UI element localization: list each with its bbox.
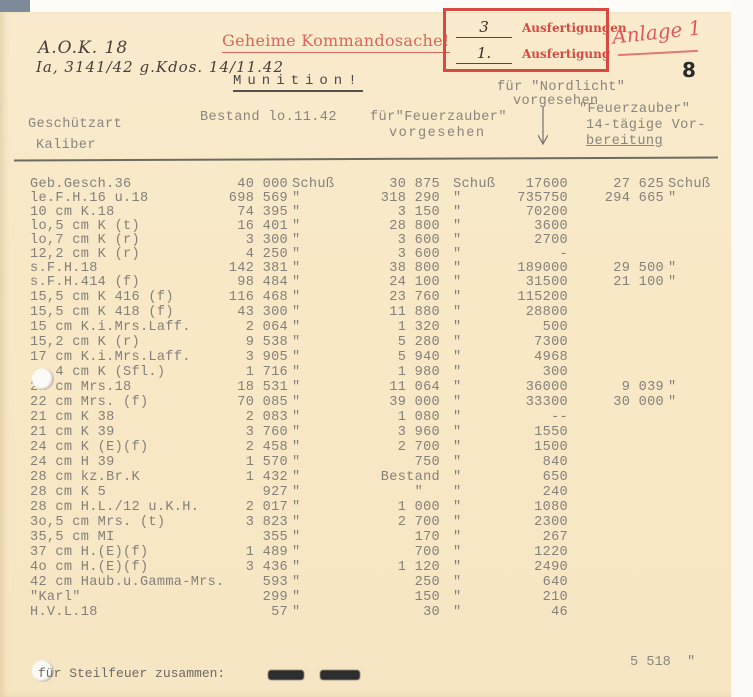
row-nordlicht: -- [480, 410, 568, 425]
row-geschuetzart: 15,5 cm K 416 (f) [30, 290, 174, 305]
row-unit: " [292, 335, 300, 350]
row-nordlicht: - [480, 247, 568, 262]
row-feuerzauber: 318 290 [350, 191, 440, 206]
table-row: 15,5 cm K 416 (f)116 468"23 760"115200 [0, 290, 731, 306]
row-geschuetzart: 35,5 cm MI [30, 530, 115, 545]
row-geschuetzart: s.F.H.18 [30, 261, 98, 276]
row-nordlicht: 240 [480, 485, 568, 500]
row-unit: " [453, 545, 461, 560]
row-unit: " [453, 365, 461, 380]
row-unit: " [292, 350, 300, 365]
row-feuerzauber: 24 100 [350, 275, 440, 290]
corner-tab [0, 0, 30, 12]
row-unit: " [453, 305, 461, 320]
row-geschuetzart: le.F.H.16 u.18 [30, 191, 148, 206]
row-bestand: 1 489 [198, 545, 288, 560]
row-feuerzauber: 1 000 [350, 500, 440, 515]
row-bestand: 3 760 [198, 425, 288, 440]
row-geschuetzart: 17 cm K.i.Mrs.Laff. [30, 350, 191, 365]
row-feuerzauber: 5 280 [350, 335, 440, 350]
row-feuerzauber: 150 [350, 590, 440, 605]
col-header-feuerzauber14-line1: "Feuerzauber" [579, 102, 690, 117]
row-feuerzauber14: 294 665 [590, 191, 664, 206]
row-nordlicht: 1220 [480, 545, 568, 560]
row-geschuetzart: 37 cm H.(E)(f) [30, 545, 148, 560]
row-unit: " [453, 605, 461, 620]
row-feuerzauber: 1 120 [350, 560, 440, 575]
row-feuerzauber14: 29 500 [590, 261, 664, 276]
row-unit: " [453, 275, 461, 290]
col-header-geschuetzart: Geschützart [28, 117, 122, 132]
row-feuerzauber: Bestand [350, 470, 440, 485]
row-feuerzauber: 30 [350, 605, 440, 620]
col-header-feuerzauber-line1: für"Feuerzauber" [370, 110, 507, 125]
row-feuerzauber: 2 700 [350, 515, 440, 530]
row-unit: " [292, 380, 300, 395]
row-unit: " [668, 261, 676, 276]
top-edge [30, 0, 753, 12]
copy-label: Ausfertigung [522, 47, 610, 61]
row-geschuetzart: "Karl" [30, 590, 81, 605]
row-nordlicht: 300 [480, 365, 568, 380]
row-feuerzauber: 170 [350, 530, 440, 545]
row-unit: " [453, 233, 461, 248]
table-row: 35,5 cm MI355"170"267 [0, 530, 731, 546]
classification-stamp: Geheime Kommandosache! [222, 31, 450, 53]
row-unit: " [292, 410, 300, 425]
table-row: 37 cm H.(E)(f)1 489"700"1220 [0, 545, 731, 561]
row-geschuetzart: lo,5 cm K (t) [30, 219, 140, 234]
row-unit: " [453, 247, 461, 262]
row-geschuetzart: 12,2 cm K (r) [30, 247, 140, 262]
row-feuerzauber: 38 800 [350, 261, 440, 276]
row-unit: " [292, 233, 300, 248]
copies-stamp-box: 3 Ausfertigungen 1. Ausfertigung [443, 8, 609, 72]
row-unit: " [668, 191, 676, 206]
row-unit: " [292, 530, 300, 545]
table-row: 28 cm H.L./12 u.K.H.2 017"1 000"1080 [0, 500, 731, 516]
row-nordlicht: 267 [480, 530, 568, 545]
row-geschuetzart: 21 cm K 38 [30, 410, 115, 425]
row-unit: " [292, 275, 300, 290]
row-unit: " [292, 440, 300, 455]
table-row: 24 cm H 391 570"750"840 [0, 455, 731, 471]
row-unit: " [292, 575, 300, 590]
row-feuerzauber: 3 960 [350, 425, 440, 440]
table-row: 28 cm kz.Br.K1 432"Bestand"650 [0, 470, 731, 486]
row-geschuetzart: lo,7 cm K (r) [30, 233, 140, 248]
row-unit: " [292, 605, 300, 620]
row-unit: " [453, 219, 461, 234]
row-unit: " [453, 410, 461, 425]
row-unit: " [453, 350, 461, 365]
row-nordlicht: 2300 [480, 515, 568, 530]
copies-row-this: 1. Ausfertigung [456, 44, 606, 66]
row-feuerzauber: " [350, 485, 440, 500]
table-row: 21 cm Mrs.1818 531"11 064"360009 039" [0, 380, 731, 396]
row-feuerzauber: 39 000 [350, 395, 440, 410]
col-header-feuerzauber14-line3: bereitung [586, 134, 663, 149]
col-header-nordlicht-line1: für "Nordlicht" [497, 80, 625, 95]
footer-total: 5 518 " [630, 655, 695, 670]
row-unit: " [453, 290, 461, 305]
row-feuerzauber: 11 064 [350, 380, 440, 395]
row-bestand: 57 [198, 605, 288, 620]
row-feuerzauber: 30 875 [350, 177, 440, 192]
row-geschuetzart: 28 cm kz.Br.K [30, 470, 140, 485]
row-unit: " [292, 515, 300, 530]
row-geschuetzart: 42 cm Haub.u.Gamma-Mrs. [30, 575, 225, 590]
row-nordlicht: 115200 [480, 290, 568, 305]
table-row: 28 cm K 5927"" "240 [0, 485, 731, 501]
row-bestand: 927 [198, 485, 288, 500]
row-bestand: 4 250 [198, 247, 288, 262]
row-unit: " [292, 455, 300, 470]
row-unit: " [453, 425, 461, 440]
row-geschuetzart: 28 cm K 5 [30, 485, 106, 500]
row-unit: " [453, 335, 461, 350]
right-edge [731, 0, 753, 697]
row-unit: " [453, 205, 461, 220]
row-bestand: 3 300 [198, 233, 288, 248]
row-bestand: 2 458 [198, 440, 288, 455]
col-header-bestand: Bestand lo.11.42 [200, 110, 337, 125]
row-bestand: 3 436 [198, 560, 288, 575]
table-row: 17 cm K.i.Mrs.Laff.3 905"5 940"4968 [0, 350, 731, 366]
row-bestand: 18 531 [198, 380, 288, 395]
row-unit: " [292, 290, 300, 305]
row-geschuetzart: 15,5 cm K 418 (f) [30, 305, 174, 320]
row-nordlicht: 17600 [480, 177, 568, 192]
table-row: 24 cm K (E)(f)2 458"2 700"1500 [0, 440, 731, 456]
row-unit: " [453, 191, 461, 206]
table-row: 21 cm K 393 760"3 960"1550 [0, 425, 731, 441]
row-feuerzauber: 3 600 [350, 233, 440, 248]
row-nordlicht: 1550 [480, 425, 568, 440]
row-feuerzauber: 5 940 [350, 350, 440, 365]
row-unit: " [668, 395, 676, 410]
row-unit: " [453, 560, 461, 575]
row-unit: " [668, 380, 676, 395]
row-unit: " [292, 247, 300, 262]
table-row: s.F.H.414 (f)98 484"24 100"3150021 100" [0, 275, 731, 291]
row-feuerzauber: 1 980 [350, 365, 440, 380]
table-row: H.V.L.1857"30"46 [0, 605, 731, 621]
row-bestand: 1 716 [198, 365, 288, 380]
row-nordlicht: 735750 [480, 191, 568, 206]
row-unit: " [453, 261, 461, 276]
row-feuerzauber: 700 [350, 545, 440, 560]
row-feuerzauber: 1 080 [350, 410, 440, 425]
table-row: 15,5 cm K 418 (f)43 300"11 880"28800 [0, 305, 731, 321]
row-bestand: 1 432 [198, 470, 288, 485]
row-unit: " [292, 425, 300, 440]
row-unit: " [453, 320, 461, 335]
col-header-kaliber: Kaliber [36, 138, 96, 153]
table-row: 42 cm Haub.u.Gamma-Mrs.593"250"640 [0, 575, 731, 591]
row-feuerzauber14: 30 000 [590, 395, 664, 410]
row-unit: " [453, 455, 461, 470]
row-bestand: 142 381 [198, 261, 288, 276]
arrow-down-icon [538, 107, 548, 145]
row-bestand: 2 064 [198, 320, 288, 335]
table-row: 3o,5 cm Mrs. (t)3 823"2 700"2300 [0, 515, 731, 531]
row-feuerzauber: 3 600 [350, 247, 440, 262]
table-row: 15,2 cm K (r)9 538"5 280"7300 [0, 335, 731, 351]
row-unit: " [453, 440, 461, 455]
row-geschuetzart: 24 cm H 39 [30, 455, 115, 470]
row-bestand: 3 823 [198, 515, 288, 530]
row-bestand: 2 083 [198, 410, 288, 425]
row-unit: " [292, 320, 300, 335]
punch-hole [32, 368, 54, 390]
row-geschuetzart: 15 cm K.i.Mrs.Laff. [30, 320, 191, 335]
row-unit: " [453, 530, 461, 545]
row-unit: Schuß [668, 177, 710, 192]
row-geschuetzart: 22 cm Mrs. (f) [30, 395, 148, 410]
row-bestand: 40 000 [198, 177, 288, 192]
col-header-feuerzauber-line2: vorgesehen [389, 126, 486, 141]
row-geschuetzart: H.V.L.18 [30, 605, 98, 620]
row-geschuetzart: 4o cm H.(E)(f) [30, 560, 148, 575]
row-geschuetzart: Geb.Gesch.36 [30, 177, 132, 192]
row-geschuetzart: 3o,5 cm Mrs. (t) [30, 515, 165, 530]
table-row: 21 cm K 382 083"1 080"-- [0, 410, 731, 426]
row-bestand: 355 [198, 530, 288, 545]
redaction-mark [320, 670, 360, 680]
row-nordlicht: 33300 [480, 395, 568, 410]
col-header-feuerzauber14-line2: 14-tägige Vor- [586, 118, 706, 133]
row-nordlicht: 2700 [480, 233, 568, 248]
row-bestand: 593 [198, 575, 288, 590]
row-unit: " [453, 590, 461, 605]
row-nordlicht: 31500 [480, 275, 568, 290]
row-unit: " [292, 560, 300, 575]
row-feuerzauber14: 27 625 [590, 177, 664, 192]
row-unit: " [453, 380, 461, 395]
row-unit: " [292, 191, 300, 206]
row-bestand: 2 017 [198, 500, 288, 515]
row-nordlicht: 4968 [480, 350, 568, 365]
copies-row-total: 3 Ausfertigungen [456, 18, 606, 40]
table-row: 22 cm Mrs. (f)70 085"39 000"3330030 000" [0, 395, 731, 411]
copies-total-number: 3 [456, 18, 512, 38]
row-feuerzauber: 28 800 [350, 219, 440, 234]
row-bestand: 116 468 [198, 290, 288, 305]
row-feuerzauber: 1 320 [350, 320, 440, 335]
row-nordlicht: 640 [480, 575, 568, 590]
row-geschuetzart: s.F.H.414 (f) [30, 275, 140, 290]
footer-label: für Steilfeuer zusammen: [38, 666, 225, 681]
row-feuerzauber: 3 150 [350, 205, 440, 220]
row-unit: " [453, 575, 461, 590]
row-bestand: 698 569 [198, 191, 288, 206]
row-bestand: 299 [198, 590, 288, 605]
page-number: 8 [682, 58, 696, 82]
row-geschuetzart: 15,2 cm K (r) [30, 335, 140, 350]
row-nordlicht: 7300 [480, 335, 568, 350]
row-feuerzauber: 11 880 [350, 305, 440, 320]
row-unit: " [292, 545, 300, 560]
row-bestand: 74 395 [198, 205, 288, 220]
row-unit: " [292, 470, 300, 485]
table-row: ,4 cm K (Sfl.)1 716"1 980"300 [0, 365, 731, 381]
footer-total-value: 5 518 [630, 655, 671, 670]
row-unit: " [292, 500, 300, 515]
row-unit: " [292, 219, 300, 234]
row-unit: " [292, 261, 300, 276]
row-unit: " [292, 485, 300, 500]
row-nordlicht: 3600 [480, 219, 568, 234]
redaction-mark [268, 670, 304, 680]
handwritten-unit: A.O.K. 18 [38, 38, 128, 58]
row-unit: " [453, 500, 461, 515]
copy-number: 1. [456, 44, 512, 64]
row-nordlicht: 1500 [480, 440, 568, 455]
row-bestand: 43 300 [198, 305, 288, 320]
footer-total-unit: " [687, 655, 695, 670]
row-geschuetzart: 10 cm K.18 [30, 205, 115, 220]
row-nordlicht: 70200 [480, 205, 568, 220]
row-bestand: 1 570 [198, 455, 288, 470]
row-feuerzauber: 750 [350, 455, 440, 470]
row-nordlicht: 500 [480, 320, 568, 335]
row-unit: " [453, 515, 461, 530]
row-unit: " [453, 470, 461, 485]
table-row: 4o cm H.(E)(f)3 436"1 120"2490 [0, 560, 731, 576]
row-nordlicht: 650 [480, 470, 568, 485]
table-row: 15 cm K.i.Mrs.Laff.2 064"1 320"500 [0, 320, 731, 336]
row-feuerzauber: 250 [350, 575, 440, 590]
row-unit: " [292, 305, 300, 320]
row-geschuetzart: 24 cm K (E)(f) [30, 440, 148, 455]
row-bestand: 70 085 [198, 395, 288, 410]
row-nordlicht: 210 [480, 590, 568, 605]
row-nordlicht: 2490 [480, 560, 568, 575]
row-feuerzauber: 23 760 [350, 290, 440, 305]
row-geschuetzart: 28 cm H.L./12 u.K.H. [30, 500, 199, 515]
row-feuerzauber: 2 700 [350, 440, 440, 455]
row-nordlicht: 28800 [480, 305, 568, 320]
row-feuerzauber14: 21 100 [590, 275, 664, 290]
row-bestand: 16 401 [198, 219, 288, 234]
row-unit: " [292, 395, 300, 410]
row-feuerzauber14: 9 039 [590, 380, 664, 395]
row-nordlicht: 189000 [480, 261, 568, 276]
row-nordlicht: 36000 [480, 380, 568, 395]
page-title: Munition! [233, 73, 363, 92]
row-unit: " [453, 485, 461, 500]
row-bestand: 98 484 [198, 275, 288, 290]
row-unit: " [453, 395, 461, 410]
table-row: "Karl"299"150"210 [0, 590, 731, 606]
row-bestand: 9 538 [198, 335, 288, 350]
row-unit: " [292, 365, 300, 380]
row-unit: Schuß [292, 177, 334, 192]
row-geschuetzart: 21 cm K 39 [30, 425, 115, 440]
row-unit: " [292, 205, 300, 220]
row-nordlicht: 1080 [480, 500, 568, 515]
row-unit: " [668, 275, 676, 290]
row-bestand: 3 905 [198, 350, 288, 365]
row-nordlicht: 840 [480, 455, 568, 470]
row-unit: " [292, 590, 300, 605]
row-nordlicht: 46 [480, 605, 568, 620]
